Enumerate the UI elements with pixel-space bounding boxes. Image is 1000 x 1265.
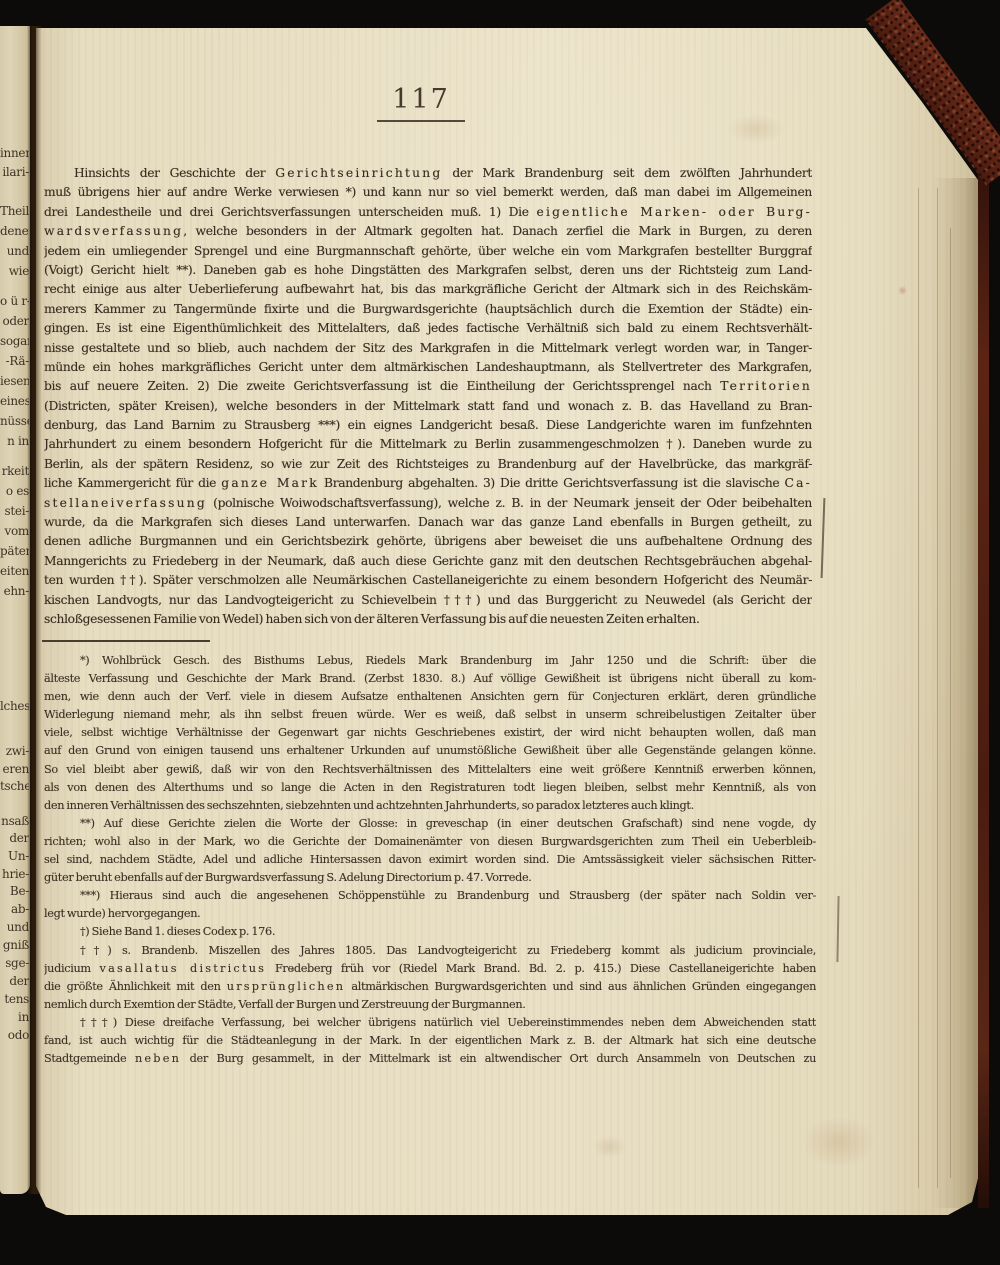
facing-page-fragment: gniß xyxy=(0,939,29,952)
facing-page-fragment: denen xyxy=(0,225,29,238)
facing-page-fragment: o es xyxy=(0,485,29,498)
body-line: (Districten, später Kreisen), welche bes… xyxy=(44,397,812,416)
footnote-line: sel sind, nachdem Städte, Adel und adlic… xyxy=(44,851,816,869)
body-line: muß übrigens hier auf andre Werke verwie… xyxy=(44,183,812,202)
facing-page-fragment: der xyxy=(0,975,29,988)
facing-page-fragment: ehn- xyxy=(0,585,29,598)
paper-stain xyxy=(592,1136,626,1158)
facing-page-fragment: tsche xyxy=(0,780,29,793)
body-line: Jahrhundert zu einem besondern Hofgerich… xyxy=(44,435,812,454)
facing-page-fragment: eiten xyxy=(0,565,29,578)
footnote-line: legt wurde) hervorgegangen. xyxy=(44,905,816,923)
facing-page-fragment: päter xyxy=(0,545,29,558)
book-scan: innernilari-Theildenenundwieo ü r-oderso… xyxy=(0,0,1000,1265)
footnote-line: ††) s. Brandenb. Miszellen des Jahres 18… xyxy=(44,942,816,960)
paper-fleck xyxy=(736,1038,739,1041)
facing-page-fragment: n in xyxy=(0,435,29,448)
body-line: liche Kammergericht für die ganze Mark B… xyxy=(44,474,812,493)
body-line: kischen Landvogts, nur das Landvogteiger… xyxy=(44,591,812,610)
facing-page-fragment: und xyxy=(0,245,29,258)
facing-page-fragment: lches xyxy=(0,700,29,713)
footnote-line: **) Auf diese Gerichte zielen die Worte … xyxy=(44,815,816,833)
body-line: stellaneiverfassung (polnische Woiwodsch… xyxy=(44,494,812,513)
facing-page-fragment: innern xyxy=(0,147,29,160)
footnote-line: älteste Verfassung und Geschichte der Ma… xyxy=(44,670,816,688)
page-edge-line xyxy=(950,228,951,1178)
paper-stain xyxy=(726,114,786,144)
scanned-page: 117 Hinsichts der Geschichte der Gericht… xyxy=(36,28,978,1215)
body-line: Berlin, als der spätern Residenz, so wie… xyxy=(44,455,812,474)
facing-page-fragment: iesen xyxy=(0,375,29,388)
body-line: nisse gestaltete und so blieb, auch nach… xyxy=(44,339,812,358)
footnote-line: So viel bleibt aber gewiß, daß wir von d… xyxy=(44,761,816,779)
facing-page-fragment: rkeit xyxy=(0,465,29,478)
body-line: recht einige aus alter Ueberlieferung au… xyxy=(44,280,812,299)
footnote-line: den inneren Verhältnissen des sechszehnt… xyxy=(44,797,816,815)
body-line: schloßgesessenen Familie von Wedel) habe… xyxy=(44,610,812,629)
footnote-line: richten; wohl also in der Mark, wo die G… xyxy=(44,833,816,851)
facing-page-fragment: stei- xyxy=(0,505,29,518)
facing-page-fragment: ab- xyxy=(0,903,29,916)
facing-page-edge: innernilari-Theildenenundwieo ü r-oderso… xyxy=(0,26,30,1194)
facing-page-fragment: Be- xyxy=(0,885,29,898)
footnote-line: †) Siehe Band 1. dieses Codex p. 176. xyxy=(44,923,816,941)
facing-page-fragment: zwi- xyxy=(0,745,29,758)
facing-page-fragment: sogar xyxy=(0,335,29,348)
facing-page-fragment: Un- xyxy=(0,850,29,863)
body-line: denburg, das Land Barnim zu Strausberg *… xyxy=(44,416,812,435)
body-text: Hinsichts der Geschichte der Gerichtsein… xyxy=(44,164,812,629)
facing-page-fragment: der xyxy=(0,832,29,845)
page-edge-line xyxy=(918,188,919,1188)
facing-page-fragment: Theil xyxy=(0,205,29,218)
footnote-line: nemlich durch Exemtion der Städte, Verfa… xyxy=(44,996,816,1014)
facing-page-fragment: odo xyxy=(0,1029,29,1042)
body-line: ten wurden ††). Später verschmolzen alle… xyxy=(44,571,812,590)
footnote-line: güter beruht ebenfalls auf der Burgwards… xyxy=(44,869,816,887)
body-line: bis auf neuere Zeiten. 2) Die zweite Ger… xyxy=(44,377,812,396)
book-cover-edge xyxy=(978,150,989,1208)
body-line: wurde, da die Markgrafen sich dieses Lan… xyxy=(44,513,812,532)
facing-page-fragment: -Rä- xyxy=(0,355,29,368)
margin-ink-mark xyxy=(821,498,826,578)
footnotes: *) Wohlbrück Gesch. des Bisthums Lebus, … xyxy=(44,652,816,1068)
footnote-line: *) Wohlbrück Gesch. des Bisthums Lebus, … xyxy=(44,652,816,670)
footnote-line: als von denen des Alterthums und so lang… xyxy=(44,779,816,797)
facing-page-fragment: oder xyxy=(0,315,29,328)
body-line: Hinsichts der Geschichte der Gerichtsein… xyxy=(44,164,812,183)
body-line: gingen. Es ist eine Eigenthümlichkeit de… xyxy=(44,319,812,338)
page-edge-line xyxy=(937,188,938,1188)
body-line: denen adliche Burgmannen und ein Gericht… xyxy=(44,532,812,551)
facing-page-fragment: tens xyxy=(0,993,29,1006)
footnote-line: viele, selbst wichtige Verhältnisse der … xyxy=(44,724,816,742)
body-line: (Voigt) Gericht hielt **). Daneben gab e… xyxy=(44,261,812,280)
page-edge-shading xyxy=(932,178,978,1208)
footnote-line: Stadtgemeinde neben der Burg gesammelt, … xyxy=(44,1050,816,1068)
paper-fleck xyxy=(291,968,294,971)
facing-page-fragment: in xyxy=(0,1011,29,1024)
page-number: 117 xyxy=(346,84,496,122)
footnote-line: Widerlegung niemand mehr, als ihn selbst… xyxy=(44,706,816,724)
book-gutter-shadow xyxy=(27,26,42,1194)
facing-page-fragment: hrie- xyxy=(0,868,29,881)
margin-ink-mark xyxy=(836,896,839,962)
facing-page-fragment: wie xyxy=(0,265,29,278)
footnote-line: ***) Hieraus sind auch die angesehenen S… xyxy=(44,887,816,905)
facing-page-fragment: und xyxy=(0,921,29,934)
facing-page-fragment: eines xyxy=(0,395,29,408)
footnote-line: die größte Ähnlichkeit mit den ursprüngl… xyxy=(44,978,816,996)
body-line: jedem ein umliegender Sprengel und eine … xyxy=(44,242,812,261)
facing-page-fragment: nsaß xyxy=(0,815,29,828)
facing-page-fragment: ilari- xyxy=(0,166,29,179)
facing-page-fragment: vom xyxy=(0,525,29,538)
body-line: wardsverfassung, welche besonders in der… xyxy=(44,222,812,241)
page-number-value: 117 xyxy=(377,84,465,122)
facing-page-fragment: o ü r- xyxy=(0,295,29,308)
footnote-line: fand, ist auch wichtig für die Städteanl… xyxy=(44,1032,816,1050)
footnote-line: judicium vasallatus districtus Fredeberg… xyxy=(44,960,816,978)
paper-stain xyxy=(802,1116,876,1168)
body-line: merers Kammer zu Tangermünde fixirte und… xyxy=(44,300,812,319)
facing-page-fragment: nüsse xyxy=(0,415,29,428)
body-line: drei Landestheile und drei Gerichtsverfa… xyxy=(44,203,812,222)
facing-page-fragment: sge- xyxy=(0,957,29,970)
footnote-line: †††) Diese dreifache Verfassung, bei wel… xyxy=(44,1014,816,1032)
footnote-separator-rule xyxy=(42,640,210,642)
facing-page-fragment: eren xyxy=(0,763,29,776)
body-line: Manngerichts zu Friedeberg in der Neumar… xyxy=(44,552,812,571)
paper-stain xyxy=(898,286,907,295)
footnote-line: men, wie denn auch der Verf. viele in di… xyxy=(44,688,816,706)
body-line: münde ein hohes markgräfliches Gericht u… xyxy=(44,358,812,377)
footnote-line: auf den Grund von einigen tausend uns er… xyxy=(44,742,816,760)
